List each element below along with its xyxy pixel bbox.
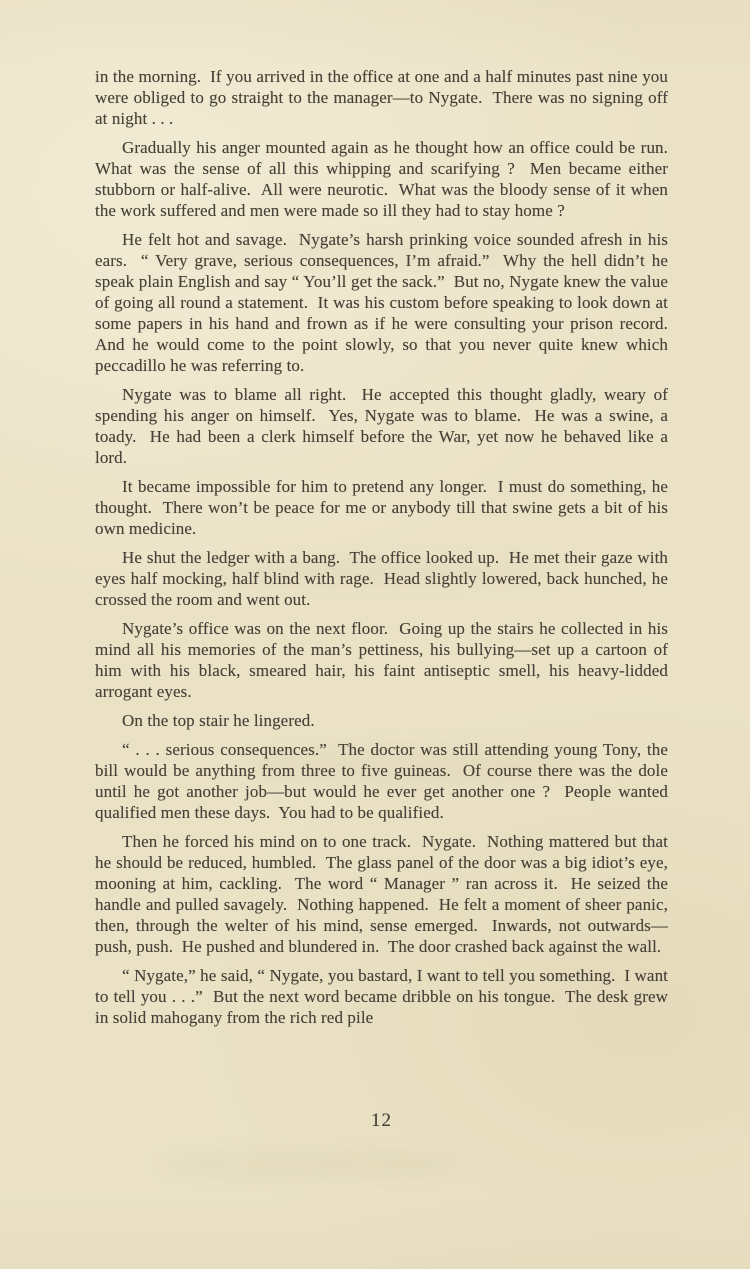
paragraph: He felt hot and savage. Nygate’s harsh p… (95, 229, 668, 376)
paragraph: It became impossible for him to pretend … (95, 476, 668, 539)
paragraph: “ . . . serious consequences.” The docto… (95, 739, 668, 823)
paragraph: Then he forced his mind on to one track.… (95, 831, 668, 957)
paragraph: Nygate’s office was on the next floor. G… (95, 618, 668, 702)
text-column: in the morning. If you arrived in the of… (95, 66, 668, 1036)
paragraph: On the top stair he lingered. (95, 710, 668, 731)
paragraph: “ Nygate,” he said, “ Nygate, you bastar… (95, 965, 668, 1028)
paragraph: Nygate was to blame all right. He accept… (95, 384, 668, 468)
paper-texture (160, 1150, 460, 1180)
paragraph: Gradually his anger mounted again as he … (95, 137, 668, 221)
page-number: 12 (95, 1110, 668, 1132)
paragraph: in the morning. If you arrived in the of… (95, 66, 668, 129)
paragraph: He shut the ledger with a bang. The offi… (95, 547, 668, 610)
book-page-scan: { "document": { "kind": "scanned book pa… (0, 0, 750, 1269)
